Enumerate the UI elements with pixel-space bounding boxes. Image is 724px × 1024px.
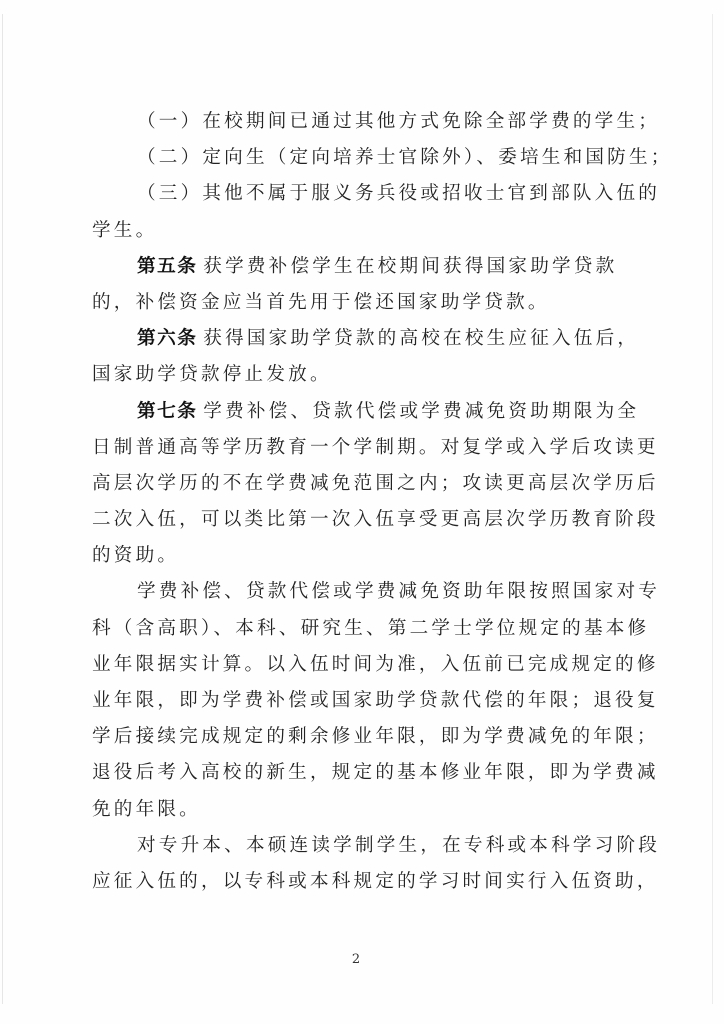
article-7-heading-line: 第七条学费补偿、贷款代偿或学费减免资助期限为全 (92, 394, 637, 430)
text-line: 应征入伍的，以专科或本科规定的学习时间实行入伍资助， (92, 864, 637, 900)
text-line: 高层次学历的不在学费减免范围之内；攻读更高层次学历后 (92, 466, 637, 502)
text-line: 学后接续完成规定的剩余修业年限，即为学费减免的年限； (92, 719, 637, 755)
line-text: （三）其他不属于服义务兵役或招收士官到部队入伍的 (137, 183, 660, 204)
line-text: 学后接续完成规定的剩余修业年限，即为学费减免的年限； (92, 726, 659, 747)
text-line: 的，补偿资金应当首先用于偿还国家助学贷款。 (92, 285, 637, 321)
text-line: 的资助。 (92, 538, 637, 574)
text-line: 国家助学贷款停止发放。 (92, 357, 637, 393)
scan-edge-left (2, 14, 3, 1004)
article-label: 第六条 (137, 328, 197, 349)
text-line: 日制普通高等学历教育一个学制期。对复学或入学后攻读更 (92, 430, 637, 466)
text-line: 二次入伍，可以类比第一次入伍享受更高层次学历教育阶段 (92, 502, 637, 538)
article-5-heading-line: 第五条获学费补偿学生在校期间获得国家助学贷款 (92, 249, 637, 285)
line-text: 业年限，即为学费补偿或国家助学贷款代偿的年限；退役复 (92, 690, 659, 711)
line-text: 应征入伍的，以专科或本科规定的学习时间实行入伍资助， (92, 871, 659, 892)
document-page: （一）在校期间已通过其他方式免除全部学费的学生； （二）定向生（定向培养士官除外… (0, 0, 724, 1024)
line-text: 获学费补偿学生在校期间获得国家助学贷款 (203, 256, 617, 277)
line-text: 退役后考入高校的新生，规定的基本修业年限，即为学费减 (92, 762, 659, 783)
line-text: 日制普通高等学历教育一个学制期。对复学或入学后攻读更 (92, 437, 659, 458)
line-text: 高层次学历的不在学费减免范围之内；攻读更高层次学历后 (92, 473, 659, 494)
text-line: 免的年限。 (92, 792, 637, 828)
line-text: 国家助学贷款停止发放。 (92, 364, 332, 385)
text-line: 业年限，即为学费补偿或国家助学贷款代偿的年限；退役复 (92, 683, 637, 719)
line-text: 二次入伍，可以类比第一次入伍享受更高层次学历教育阶段 (92, 509, 659, 530)
line-text: 对专升本、本硕连读学制学生，在专科或本科学习阶段 (137, 835, 660, 856)
page-number: 2 (350, 952, 362, 967)
line-text: （二）定向生（定向培养士官除外）、委培生和国防生； (137, 147, 673, 168)
text-line: 对专升本、本硕连读学制学生，在专科或本科学习阶段 (92, 828, 637, 864)
line-text: 业年限据实计算。以入伍时间为准，入伍前已完成规定的修 (92, 654, 659, 675)
line-text: 的资助。 (92, 545, 179, 566)
article-6-heading-line: 第六条获得国家助学贷款的高校在校生应征入伍后， (92, 321, 637, 357)
text-line: 学费补偿、贷款代偿或学费减免资助年限按照国家对专 (92, 574, 637, 610)
line-text: 科（含高职）、本科、研究生、第二学士学位规定的基本修 (92, 618, 649, 639)
line-text: （一）在校期间已通过其他方式免除全部学费的学生； (137, 111, 660, 132)
line-text: 的，补偿资金应当首先用于偿还国家助学贷款。 (92, 292, 550, 313)
document-body: （一）在校期间已通过其他方式免除全部学费的学生； （二）定向生（定向培养士官除外… (92, 104, 637, 900)
text-line: （三）其他不属于服义务兵役或招收士官到部队入伍的 (92, 176, 637, 212)
line-text: 获得国家助学贷款的高校在校生应征入伍后， (203, 328, 639, 349)
text-line: （二）定向生（定向培养士官除外）、委培生和国防生； (92, 140, 637, 176)
article-label: 第五条 (137, 256, 197, 277)
text-line: 退役后考入高校的新生，规定的基本修业年限，即为学费减 (92, 755, 637, 791)
text-line: 科（含高职）、本科、研究生、第二学士学位规定的基本修 (92, 611, 637, 647)
line-text: 学费补偿、贷款代偿或学费减免资助期限为全 (203, 401, 639, 422)
line-text: 学生。 (92, 220, 157, 241)
article-label: 第七条 (137, 401, 197, 422)
scan-edge-right (712, 14, 713, 1004)
text-line: 学生。 (92, 213, 637, 249)
text-line: 业年限据实计算。以入伍时间为准，入伍前已完成规定的修 (92, 647, 637, 683)
text-line: （一）在校期间已通过其他方式免除全部学费的学生； (92, 104, 637, 140)
line-text: 免的年限。 (92, 799, 201, 820)
line-text: 学费补偿、贷款代偿或学费减免资助年限按照国家对专 (137, 581, 660, 602)
